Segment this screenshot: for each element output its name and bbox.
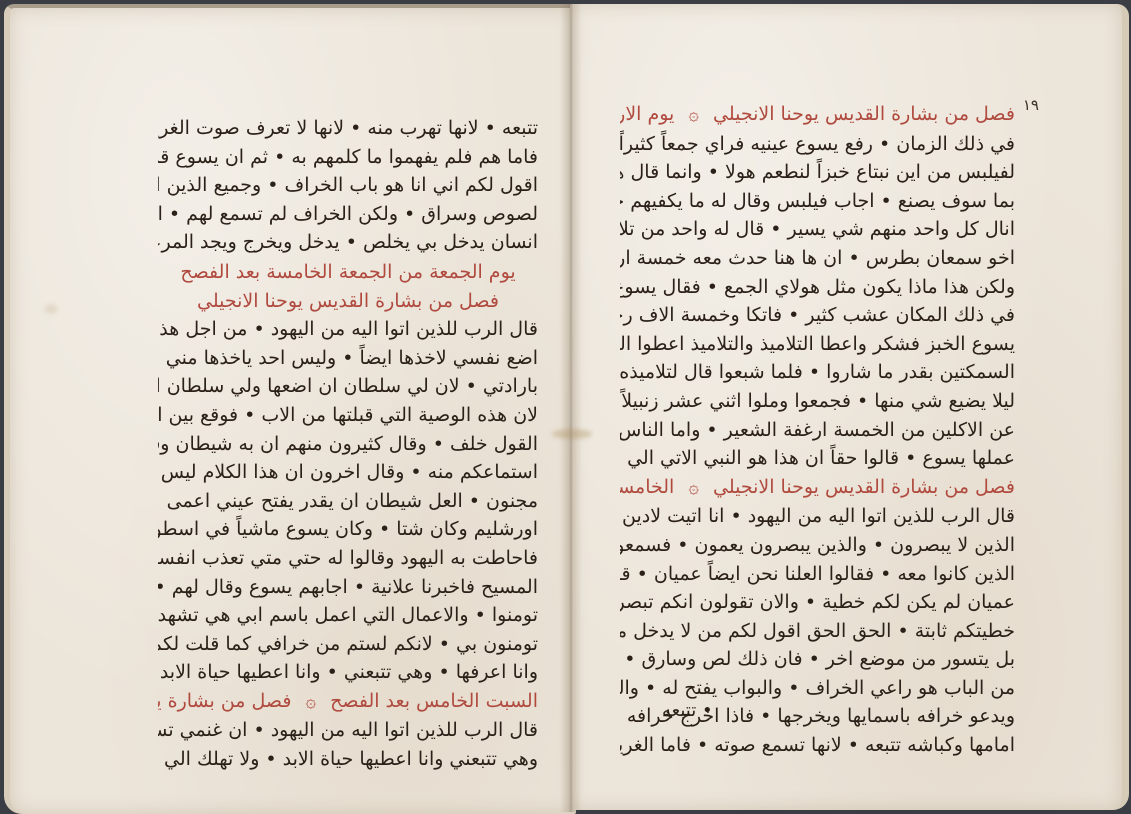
text-line: السمكتين بقدر ما شاروا • فلما شبعوا قال … bbox=[620, 358, 1015, 387]
text-line: الذين كانوا معه • فقالوا العلنا نحن ايضا… bbox=[620, 560, 1015, 589]
text-line: ولكن هذا ماذا يكون مثل هولاي الجمع • فقا… bbox=[620, 273, 1015, 302]
stain bbox=[552, 429, 592, 439]
text-line: في ذلك الزمان • رفع يسوع عينيه فراي جمعا… bbox=[620, 130, 1015, 159]
ornament-icon: ۞ bbox=[680, 477, 707, 498]
text-line: خطيتكم ثابتة • الحق الحق اقول لكم من لا … bbox=[620, 617, 1015, 646]
text-line: ليلا يضيع شي منها • فجمعوا وملوا اثني عش… bbox=[620, 387, 1015, 416]
text-line: امامها وكباشه تتبعه • لانها تسمع صوته • … bbox=[620, 731, 1015, 760]
text-line: تومنوا • والاعمال التي اعمل باسم ابي هي … bbox=[158, 601, 538, 630]
text-line: المسيح فاخبرنا علانية • اجابهم يسوع وقال… bbox=[158, 573, 538, 602]
text-line: لصوص وسراق • ولكن الخراف لم تسمع لهم • ا… bbox=[158, 200, 538, 229]
book-gutter bbox=[560, 4, 582, 812]
text-line: لفيلبس من اين نبتاع خبزاً لنطعم هولا • و… bbox=[620, 158, 1015, 187]
catchword: تتبعه • bbox=[662, 700, 713, 721]
ornament-icon: ۞ bbox=[680, 104, 707, 125]
text-line: انسان يدخل بي يخلص • يدخل ويخرج ويجد الم… bbox=[158, 228, 538, 258]
text-line: فاما هم فلم يفهموا ما كلمهم به • ثم ان ي… bbox=[158, 143, 538, 172]
right-page-text: فصل من بشارة القديس يوحنا الانجيلي ۞ يوم… bbox=[620, 100, 1015, 760]
text-line: في ذلك المكان عشب كثير • فاتكا وخمسة الا… bbox=[620, 301, 1015, 330]
text-line: مجنون • العل شيطان ان يقدر يفتح عيني اعم… bbox=[158, 487, 538, 516]
rubric-heading-line2: فصل من بشارة القديس يوحنا الانجيلي bbox=[158, 287, 538, 316]
text-line: تومنون بي • لانكم لستم من خرافي كما قلت … bbox=[158, 630, 538, 659]
text-line: اخو سمعان بطرس • ان ها هنا حدث معه خمسة … bbox=[620, 244, 1015, 273]
text-line: قال الرب للذين اتوا اليه من اليهود • من … bbox=[158, 315, 538, 344]
text-line: بل يتسور من موضع اخر • فان ذلك لص وسارق … bbox=[620, 645, 1015, 674]
text-line: فاحاطت به اليهود وقالوا له حتي متي تعذب … bbox=[158, 544, 538, 573]
text-line: وهي تتبعني وانا اعطيها حياة الابد • ولا … bbox=[158, 745, 538, 774]
text-line: بما سوف يصنع • اجاب فيلبس وقال له ما يكف… bbox=[620, 187, 1015, 216]
rubric-heading-line1: يوم الجمعة من الجمعة الخامسة بعد الفصح bbox=[158, 258, 538, 287]
text-line: لان هذه الوصية التي قبلتها من الاب • فوق… bbox=[158, 401, 538, 430]
rubric-heading: السبت الخامس بعد الفصح ۞ فصل من بشارة يو… bbox=[158, 687, 538, 717]
text-line: اورشليم وكان شتا • وكان يسوع ماشياً في ا… bbox=[158, 515, 538, 544]
stain bbox=[44, 304, 58, 314]
text-line: عن الاكلين من الخمسة ارغفة الشعير • واما… bbox=[620, 416, 1015, 445]
text-line: القول خلف • وقال كثيرون منهم ان به شيطان… bbox=[158, 430, 538, 459]
text-line: تتبعه • لانها تهرب منه • لانها لا تعرف ص… bbox=[158, 114, 538, 143]
text-line: الذين لا يبصرون • والذين يبصرون يعمون • … bbox=[620, 531, 1015, 560]
rubric-heading: فصل من بشارة القديس يوحنا الانجيلي ۞ الخ… bbox=[620, 473, 1015, 503]
text-line: قال الرب للذين اتوا اليه من اليهود • انا… bbox=[620, 502, 1015, 531]
text-line: انال كل واحد منهم شي يسير • قال له واحد … bbox=[620, 215, 1015, 244]
text-line: اضع نفسي لاخذها ايضاً • وليس احد ياخذها … bbox=[158, 344, 538, 373]
left-page-text: تتبعه • لانها تهرب منه • لانها لا تعرف ص… bbox=[158, 114, 538, 774]
text-line: عملها يسوع • قالوا حقاً ان هذا هو النبي … bbox=[620, 444, 1015, 473]
folio-number: ١٩ bbox=[1023, 96, 1039, 114]
text-line: اقول لكم اني انا هو باب الخراف • وجميع ا… bbox=[158, 171, 538, 200]
rubric-heading: فصل من بشارة القديس يوحنا الانجيلي ۞ يوم… bbox=[620, 100, 1015, 130]
ornament-icon: ۞ bbox=[298, 691, 325, 712]
text-line: عميان لم يكن لكم خطية • والان تقولون انك… bbox=[620, 588, 1015, 617]
text-line: استماعكم منه • وقال اخرون ان هذا الكلام … bbox=[158, 458, 538, 487]
text-line: يسوع الخبز فشكر واعطا التلاميذ والتلاميذ… bbox=[620, 330, 1015, 359]
text-line: قال الرب للذين اتوا اليه من اليهود • ان … bbox=[158, 716, 538, 745]
text-line: من الباب هو راعي الخراف • والبواب يفتح ل… bbox=[620, 674, 1015, 703]
text-line: بارادتي • لان لي سلطان ان اضعها ولي سلطا… bbox=[158, 372, 538, 401]
text-line: وانا اعرفها • وهي تتبعني • وانا اعطيها ح… bbox=[158, 658, 538, 687]
